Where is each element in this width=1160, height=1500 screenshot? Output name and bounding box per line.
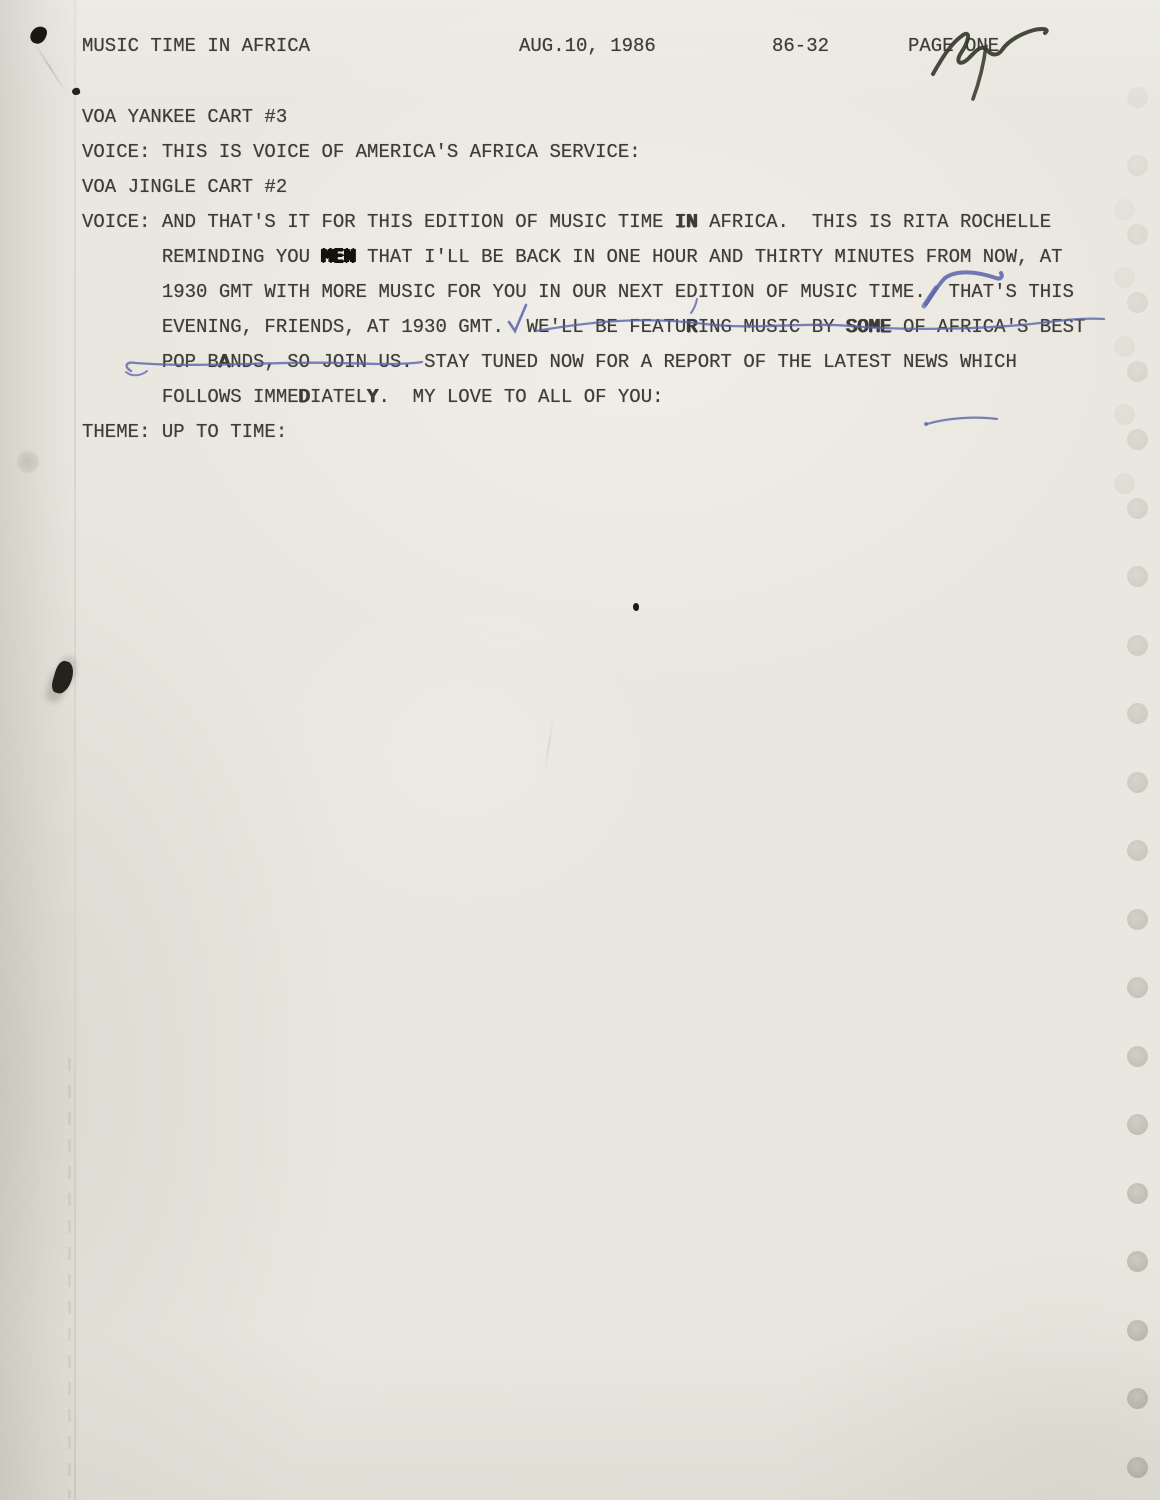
ghost-punch-hole: [16, 450, 40, 474]
corner-crease: [33, 42, 68, 95]
photocopy-edge-line: [74, 0, 76, 1500]
typed-text: VOA YANKEE CART #3: [82, 106, 287, 128]
binding-hole: [1127, 1114, 1148, 1135]
script-line: VOICE: THIS IS VOICE OF AMERICA'S AFRICA…: [82, 135, 1085, 170]
page: MUSIC TIME IN AFRICA AUG.10, 1986 86-32 …: [0, 0, 1160, 1500]
ink-smudge: [50, 659, 76, 696]
typed-text: FOLLOWS IMME: [162, 386, 299, 408]
binding-hole-ghost: [1114, 267, 1135, 288]
typed-text: ING MUSIC BY: [698, 316, 846, 338]
overstruck-text: D: [299, 386, 310, 408]
binding-hole: [1127, 498, 1148, 519]
typed-text: . MY LOVE TO ALL OF YOU:: [378, 386, 663, 408]
binding-hole: [1127, 224, 1148, 245]
binding-hole: [1127, 155, 1148, 176]
typed-text: VOICE: AND THAT'S IT FOR THIS EDITION OF…: [82, 211, 675, 233]
typed-text: POP B: [162, 351, 219, 373]
doc-date: AUG.10, 1986: [519, 37, 656, 56]
binding-hole: [1127, 840, 1148, 861]
typed-text: REMINDING YOU: [162, 246, 322, 268]
typed-text: EVENING, FRIENDS, AT 1930 GMT. WE'LL BE …: [162, 316, 687, 338]
binding-hole: [1127, 1251, 1148, 1272]
binding-hole-ghost: [1114, 199, 1135, 220]
overstruck-text: IN: [675, 211, 698, 233]
binding-hole: [1127, 1388, 1148, 1409]
overstruck-text: R: [686, 316, 697, 338]
binding-hole: [1127, 635, 1148, 656]
overstruck-text: A: [219, 351, 230, 373]
staple-mark: [28, 24, 49, 47]
binding-hole: [1127, 772, 1148, 793]
overstruck-text: MEN: [321, 246, 355, 268]
script-line: 1930 GMT WITH MORE MUSIC FOR YOU IN OUR …: [82, 275, 1085, 310]
binding-hole: [1127, 361, 1148, 382]
binding-hole: [1127, 977, 1148, 998]
binding-hole: [1127, 429, 1148, 450]
binding-hole: [1127, 566, 1148, 587]
binding-hole: [1127, 909, 1148, 930]
page-label: PAGE: [908, 35, 954, 57]
binding-hole-ghost: [1114, 336, 1135, 357]
binding-hole: [1127, 87, 1148, 108]
typed-text: 1930 GMT WITH MORE MUSIC FOR YOU IN OUR …: [162, 281, 1074, 303]
binding-hole: [1127, 1183, 1148, 1204]
overstruck-text: Y: [367, 386, 378, 408]
binding-hole: [1127, 1457, 1148, 1478]
typed-text: VOA JINGLE CART #2: [82, 176, 287, 198]
script-body: VOA YANKEE CART #3VOICE: THIS IS VOICE O…: [82, 100, 1085, 450]
ink-speck: [633, 603, 639, 611]
typed-text: OF AFRICA'S BEST: [892, 316, 1086, 338]
episode-number: 86-32: [772, 37, 829, 56]
binding-hole: [1127, 1046, 1148, 1067]
script-line: POP BANDS, SO JOIN US. STAY TUNED NOW FO…: [82, 345, 1085, 380]
bleed-through-marks: [68, 1058, 71, 1498]
binding-hole-ghost: [1114, 473, 1135, 494]
typed-text: IATEL: [310, 386, 367, 408]
script-line: VOA YANKEE CART #3: [82, 100, 1085, 135]
page-indicator: PAGEONE: [908, 37, 999, 56]
binding-hole: [1127, 703, 1148, 724]
page-number-typed: ONE: [965, 35, 999, 57]
script-line: VOICE: AND THAT'S IT FOR THIS EDITION OF…: [82, 205, 1085, 240]
paper-crease: [543, 715, 554, 775]
overstruck-text: SOME: [846, 316, 892, 338]
typed-text: THEME: UP TO TIME:: [82, 421, 287, 443]
binding-hole-ghost: [1114, 404, 1135, 425]
typed-text: THAT I'LL BE BACK IN ONE HOUR AND THIRTY…: [356, 246, 1063, 268]
binding-hole: [1127, 292, 1148, 313]
typed-text: NDS, SO JOIN US. STAY TUNED NOW FOR A RE…: [230, 351, 1017, 373]
typed-text: VOICE: THIS IS VOICE OF AMERICA'S AFRICA…: [82, 141, 641, 163]
doc-title: MUSIC TIME IN AFRICA: [82, 37, 310, 56]
script-line: EVENING, FRIENDS, AT 1930 GMT. WE'LL BE …: [82, 310, 1085, 345]
staple-fragment: [71, 87, 81, 96]
script-line: REMINDING YOU MEN THAT I'LL BE BACK IN O…: [82, 240, 1085, 275]
typed-text: AFRICA. THIS IS RITA ROCHELLE: [698, 211, 1051, 233]
script-line: VOA JINGLE CART #2: [82, 170, 1085, 205]
binding-hole: [1127, 1320, 1148, 1341]
script-line: THEME: UP TO TIME:: [82, 415, 1085, 450]
script-line: FOLLOWS IMMEDIATELY. MY LOVE TO ALL OF Y…: [82, 380, 1085, 415]
